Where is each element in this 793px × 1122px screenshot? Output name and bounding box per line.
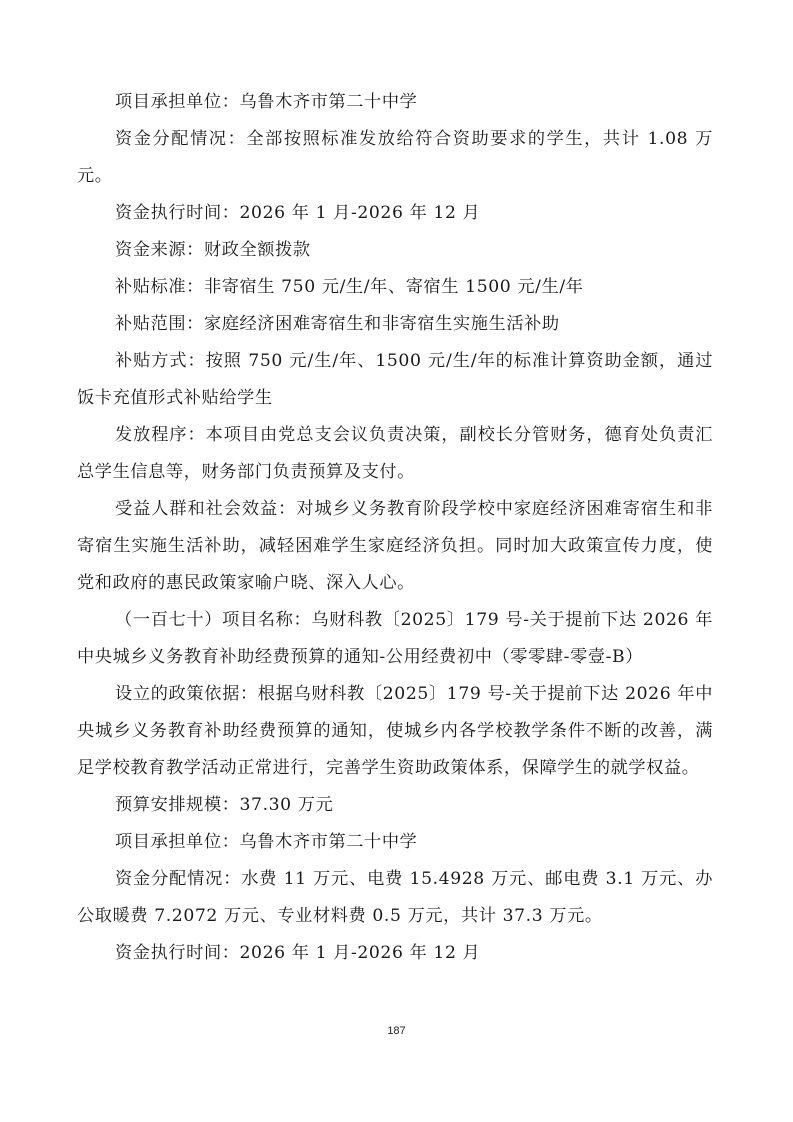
page-number: 187: [0, 1025, 793, 1037]
paragraph-fund-allocation-2: 资金分配情况：水费 11 万元、电费 15.4928 万元、邮电费 3.1 万元…: [77, 861, 713, 935]
paragraph-subsidy-method: 补贴方式：按照 750 元/生/年、1500 元/生/年的标准计算资助金额，通过…: [77, 343, 713, 417]
paragraph-budget-scale: 预算安排规模：37.30 万元: [77, 787, 713, 824]
paragraph-fund-source: 资金来源：财政全额拨款: [77, 232, 713, 269]
paragraph-undertaking-unit-2: 项目承担单位：乌鲁木齐市第二十中学: [77, 824, 713, 861]
paragraph-fund-allocation: 资金分配情况：全部按照标准发放给符合资助要求的学生，共计 1.08 万元。: [77, 121, 713, 195]
paragraph-subsidy-scope: 补贴范围：家庭经济困难寄宿生和非寄宿生实施生活补助: [77, 306, 713, 343]
document-page: 项目承担单位：乌鲁木齐市第二十中学 资金分配情况：全部按照标准发放给符合资助要求…: [77, 84, 713, 972]
paragraph-subsidy-standard: 补贴标准：非寄宿生 750 元/生/年、寄宿生 1500 元/生/年: [77, 269, 713, 306]
paragraph-execution-time-2: 资金执行时间：2026 年 1 月-2026 年 12 月: [77, 935, 713, 972]
paragraph-undertaking-unit: 项目承担单位：乌鲁木齐市第二十中学: [77, 84, 713, 121]
paragraph-distribution-procedure: 发放程序：本项目由党总支会议负责决策，副校长分管财务，德育处负责汇总学生信息等，…: [77, 417, 713, 491]
paragraph-policy-basis: 设立的政策依据：根据乌财科教〔2025〕179 号-关于提前下达 2026 年中…: [77, 676, 713, 787]
paragraph-execution-time: 资金执行时间：2026 年 1 月-2026 年 12 月: [77, 195, 713, 232]
paragraph-project-title: （一百七十）项目名称：乌财科教〔2025〕179 号-关于提前下达 2026 年…: [77, 602, 713, 676]
paragraph-beneficiaries: 受益人群和社会效益：对城乡义务教育阶段学校中家庭经济困难寄宿生和非寄宿生实施生活…: [77, 491, 713, 602]
